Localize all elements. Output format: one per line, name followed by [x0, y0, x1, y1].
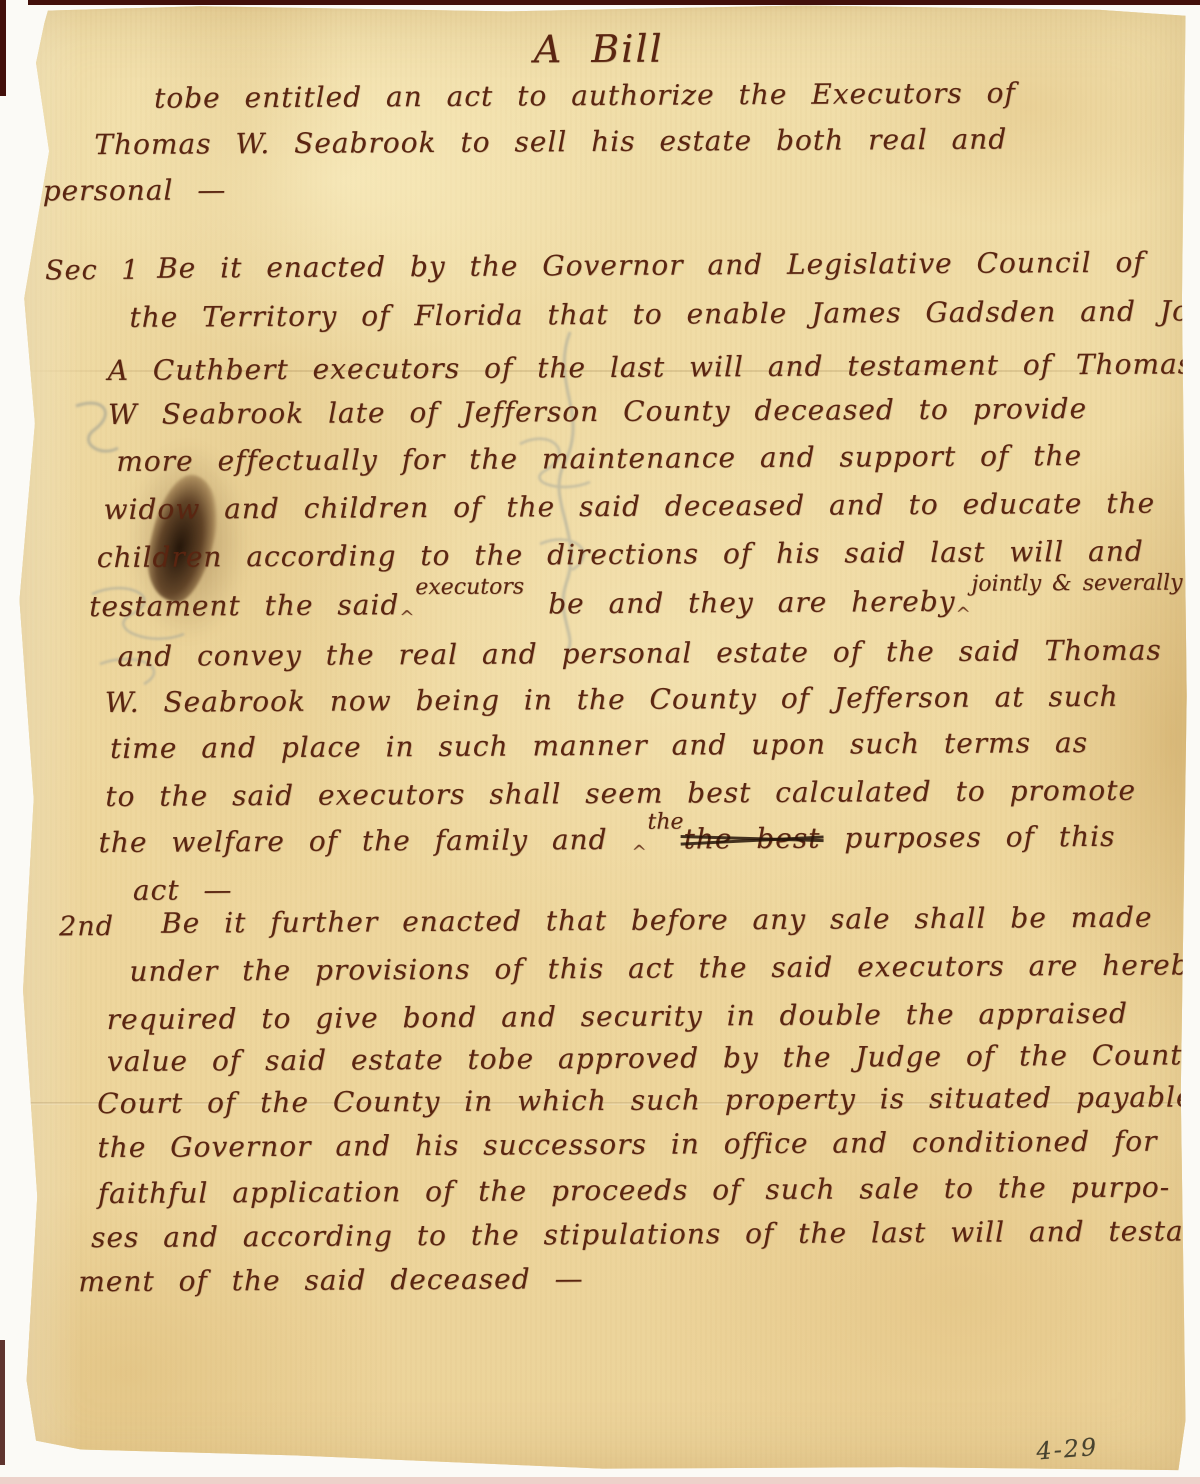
section-2-label: 2nd: [59, 913, 114, 940]
paper-sheet: A Bill tobe entitled an act to authorize…: [10, 4, 1195, 1476]
manuscript-line: more effectually for the maintenance and…: [116, 442, 1082, 476]
manuscript-line: W. Seabrook now being in the County of J…: [105, 683, 1119, 717]
manuscript-line: Be it enacted by the Governor and Legisl…: [157, 249, 1145, 283]
preamble-line: tobe entitled an act to authorize the Ex…: [154, 79, 1016, 112]
photo-edge-top: [28, 0, 1200, 5]
manuscript-line: faithful application of the proceeds of …: [98, 1174, 1171, 1209]
photo-edge-left: [0, 0, 6, 96]
photo-edge-left-lower: [0, 1340, 5, 1465]
manuscript-line: value of said estate tobe approved by th…: [107, 1041, 1199, 1076]
manuscript-line: children according to the directions of …: [97, 538, 1144, 572]
line-text: testament the said: [89, 588, 399, 623]
manuscript-line: the Governor and his successors in offic…: [97, 1127, 1200, 1162]
handwritten-text-layer: A Bill tobe entitled an act to authorize…: [6, 0, 1200, 1479]
manuscript-line: required to give bond and security in do…: [107, 1000, 1128, 1034]
page-number-annotation: 4-29: [1035, 1433, 1099, 1466]
page-title: A Bill: [534, 30, 664, 69]
manuscript-line: and convey the real and personal estate …: [117, 637, 1161, 671]
manuscript-line: widow and children of the said deceased …: [104, 490, 1156, 524]
section-1-label: Sec 1: [45, 257, 140, 285]
manuscript-line: A Cuthbert executors of the last will an…: [108, 350, 1194, 385]
caret-mark: ^: [956, 604, 972, 625]
manuscript-line-with-insertions: testament the said^executors be and they…: [89, 585, 1200, 622]
strikethrough-text: the best: [683, 822, 820, 856]
inserted-word: executors: [415, 574, 524, 600]
preamble-line: Thomas W. Seabrook to sell his estate bo…: [94, 126, 1007, 160]
scanned-manuscript-page: A Bill tobe entitled an act to authorize…: [0, 0, 1200, 1484]
manuscript-line: under the provisions of this act the sai…: [129, 951, 1200, 986]
manuscript-line: to the said executors shall seem best ca…: [105, 777, 1136, 811]
manuscript-line: the Territory of Florida that to enable …: [129, 297, 1200, 332]
inserted-phrase: jointly & severally: [971, 570, 1182, 596]
line-text: purposes of this: [844, 820, 1115, 855]
caret-mark: ^: [399, 607, 415, 628]
preamble-line: personal —: [43, 176, 227, 205]
manuscript-line-amended: the welfare of the family and ^thethe be…: [99, 823, 1116, 857]
line-text: the welfare of the family and: [99, 823, 608, 859]
manuscript-line: Be it further enacted that before any sa…: [161, 904, 1153, 938]
photo-edge-bottom: [0, 1477, 1200, 1484]
manuscript-line: time and place in such manner and upon s…: [110, 729, 1088, 763]
manuscript-line: ses and according to the stipulations of…: [91, 1217, 1194, 1252]
manuscript-line: ment of the said deceased —: [78, 1265, 583, 1296]
line-text: be and they are hereby: [548, 585, 956, 620]
caret-mark: ^: [631, 842, 647, 863]
manuscript-line: W Seabrook late of Jefferson County dece…: [108, 395, 1087, 429]
manuscript-line: Court of the County in which such proper…: [97, 1083, 1200, 1118]
manuscript-line: act —: [133, 876, 233, 905]
inserted-word: the: [647, 810, 683, 835]
